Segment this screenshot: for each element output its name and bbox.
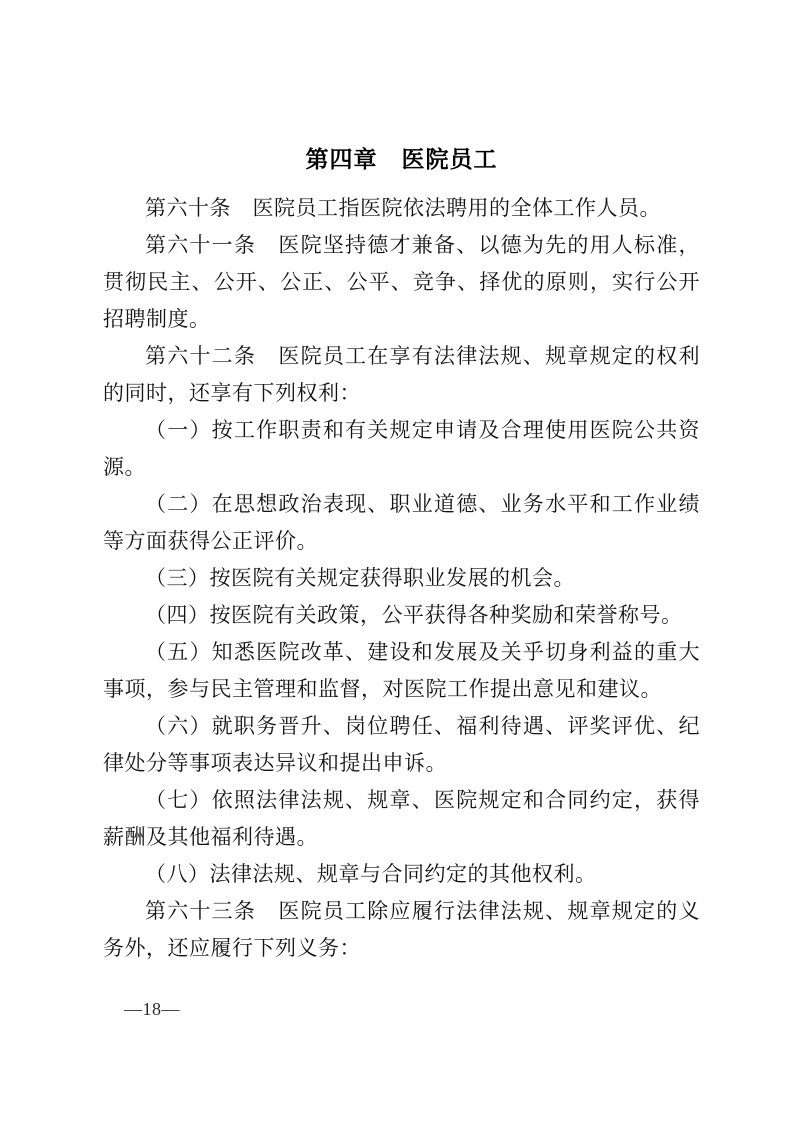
paragraph-right-item-4: （四）按医院有关政策，公平获得各种奖励和荣誉称号。 (103, 597, 700, 634)
paragraph-right-item-3: （三）按医院有关规定获得职业发展的机会。 (103, 560, 700, 597)
paragraph-article-61: 第六十一条 医院坚持德才兼备、以德为先的用人标准，贯彻民主、公开、公正、公平、竞… (103, 227, 700, 338)
chapter-title: 第四章 医院员工 (103, 145, 700, 173)
page-number: —18— (124, 998, 180, 1020)
document-content: 第四章 医院员工 第六十条 医院员工指医院依法聘用的全体工作人员。 第六十一条 … (103, 145, 700, 967)
paragraph-right-item-8: （八）法律法规、规章与合同约定的其他权利。 (103, 856, 700, 893)
paragraph-right-item-2: （二）在思想政治表现、职业道德、业务水平和工作业绩等方面获得公正评价。 (103, 486, 700, 560)
paragraph-article-63: 第六十三条 医院员工除应履行法律法规、规章规定的义务外，还应履行下列义务： (103, 893, 700, 967)
paragraph-article-62: 第六十二条 医院员工在享有法律法规、规章规定的权利的同时，还享有下列权利： (103, 338, 700, 412)
document-body: 第六十条 医院员工指医院依法聘用的全体工作人员。 第六十一条 医院坚持德才兼备、… (103, 190, 700, 967)
paragraph-article-60: 第六十条 医院员工指医院依法聘用的全体工作人员。 (103, 190, 700, 227)
document-page: 第四章 医院员工 第六十条 医院员工指医院依法聘用的全体工作人员。 第六十一条 … (0, 0, 794, 1123)
paragraph-right-item-6: （六）就职务晋升、岗位聘任、福利待遇、评奖评优、纪律处分等事项表达异议和提出申诉… (103, 708, 700, 782)
paragraph-right-item-7: （七）依照法律法规、规章、医院规定和合同约定，获得薪酬及其他福利待遇。 (103, 782, 700, 856)
paragraph-right-item-1: （一）按工作职责和有关规定申请及合理使用医院公共资源。 (103, 412, 700, 486)
paragraph-right-item-5: （五）知悉医院改革、建设和发展及关乎切身利益的重大事项，参与民主管理和监督，对医… (103, 634, 700, 708)
